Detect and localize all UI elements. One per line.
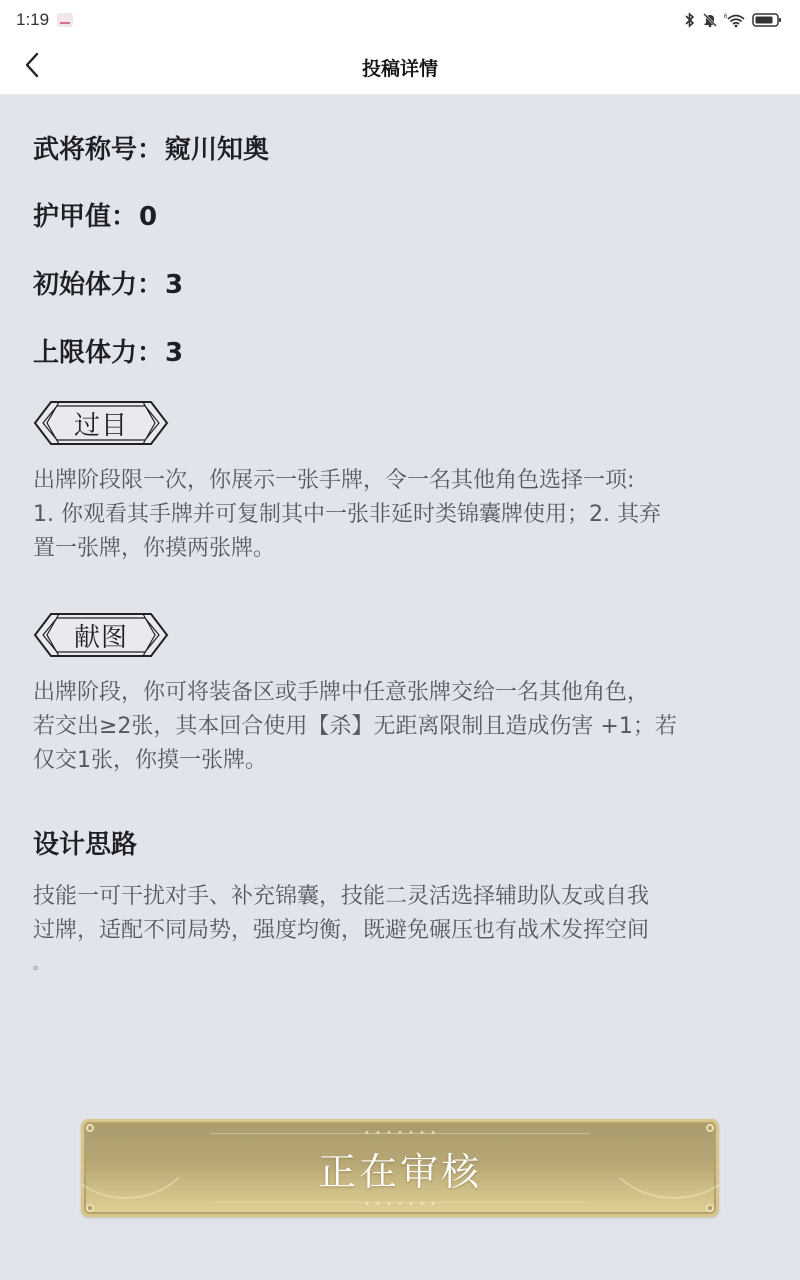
skill-badge: 过目 (33, 400, 169, 446)
page-title: 投稿详情 (0, 40, 800, 95)
skill-name: 过目 (33, 400, 169, 446)
corner-ornament-icon (706, 1204, 714, 1212)
stat-value: 窥川知奥 (165, 135, 269, 165)
nav-bar: 投稿详情 (0, 40, 800, 95)
chevron-left-icon (24, 52, 40, 82)
skill-description: 出牌阶段，你可将装备区或手牌中任意张牌交给一名其他角色， 若交出≥2张，其本回合… (33, 676, 773, 778)
stat-label: 上限体力： (33, 338, 163, 368)
text-line: 技能一可干扰对手、补充锦囊，技能二灵活选择辅助队友或自我 (33, 880, 773, 914)
stat-value: 3 (165, 338, 183, 368)
decorative-dots (366, 1131, 435, 1134)
stat-initial-hp: 初始体力：3 (33, 264, 183, 301)
text-line: 1. 你观看其手牌并可复制其中一张非延时类锦囊牌使用；2. 其弃 (33, 498, 773, 532)
text-line: 置一张牌，你摸两张牌。 (33, 532, 773, 566)
skill-description: 出牌阶段限一次，你展示一张手牌，令一名其他角色选择一项: 1. 你观看其手牌并可… (33, 464, 773, 566)
design-heading: 设计思路 (33, 824, 137, 861)
mute-icon (702, 12, 718, 28)
text-line: 。 (33, 948, 773, 982)
bluetooth-icon (684, 12, 696, 28)
corner-ornament-icon (86, 1204, 94, 1212)
design-description: 技能一可干扰对手、补充锦囊，技能二灵活选择辅助队友或自我 过牌，适配不同局势，强… (33, 880, 773, 982)
svg-text:6: 6 (724, 14, 728, 20)
skill-badge: 献图 (33, 612, 169, 658)
status-left: 1:19 (16, 10, 73, 30)
stat-label: 初始体力： (33, 270, 163, 300)
stat-armor: 护甲值：0 (33, 196, 157, 233)
stat-label: 护甲值： (33, 202, 137, 232)
status-time: 1:19 (16, 10, 49, 30)
stat-max-hp: 上限体力：3 (33, 332, 183, 369)
decorative-dots (366, 1202, 435, 1205)
stat-value: 3 (165, 270, 183, 300)
back-button[interactable] (14, 48, 50, 86)
text-line: 出牌阶段限一次，你展示一张手牌，令一名其他角色选择一项: (33, 464, 773, 498)
swirl-ornament-icon (599, 1119, 719, 1199)
stat-value: 0 (139, 202, 157, 232)
text-line: 过牌，适配不同局势，强度均衡，既避免碾压也有战术发挥空间 (33, 914, 773, 948)
battery-icon (752, 12, 782, 28)
skill-name: 献图 (33, 612, 169, 658)
wifi-6-icon: 6 (724, 12, 746, 28)
review-status-button[interactable]: 正在审核 (81, 1119, 719, 1217)
status-icons: 6 (684, 12, 782, 28)
review-status-label: 正在审核 (318, 1141, 482, 1196)
text-line: 出牌阶段，你可将装备区或手牌中任意张牌交给一名其他角色， (33, 676, 773, 710)
swirl-ornament-icon (81, 1119, 201, 1199)
app-notification-icon (57, 13, 73, 27)
text-line: 仅交1张，你摸一张牌。 (33, 744, 773, 778)
stat-title: 武将称号：窥川知奥 (33, 129, 269, 166)
status-bar: 1:19 6 (0, 0, 800, 40)
text-line: 若交出≥2张，其本回合使用【杀】无距离限制且造成伤害 +1；若 (33, 710, 773, 744)
stat-label: 武将称号： (33, 135, 163, 165)
